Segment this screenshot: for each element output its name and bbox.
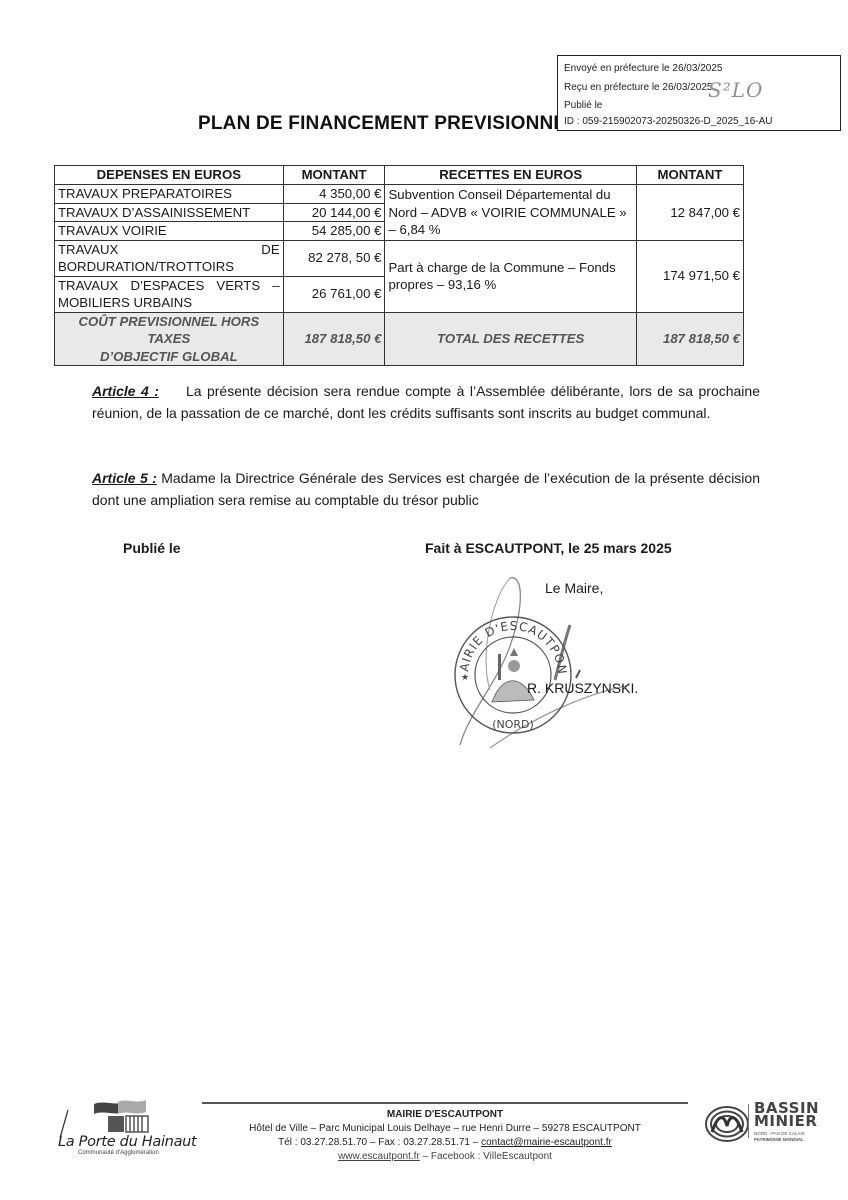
expense-label-line: MOBILIERS URBAINS xyxy=(58,294,280,312)
total-expenses-label: COÛT PREVISIONNEL HORS TAXES D’OBJECTIF … xyxy=(55,312,284,366)
expense-label: TRAVAUX PREPARATOIRES xyxy=(55,185,284,204)
logo-right-subtext: NORD - PAS DE CALAIS PATRIMOINE MONDIAL xyxy=(754,1131,805,1143)
logo-right-text: BASSIN MINIER xyxy=(754,1102,819,1128)
footer-divider xyxy=(202,1102,688,1104)
svg-text:(NORD): (NORD) xyxy=(492,718,534,731)
total-expenses-amount: 187 818,50 € xyxy=(283,312,385,366)
mayor-name: R. KRUSZYNSKI. xyxy=(527,677,638,699)
expense-amount: 26 761,00 € xyxy=(283,276,385,312)
total-label-line: COÛT PREVISIONNEL HORS TAXES xyxy=(58,313,280,348)
published-label: Publié le xyxy=(123,537,181,559)
stamp-published: Publié le xyxy=(564,100,602,111)
stamp-received: Reçu en préfecture le 26/03/2025 xyxy=(564,82,712,93)
footer-contact: Tél : 03.27.28.51.70 – Fax : 03.27.28.51… xyxy=(202,1136,688,1150)
footer-web: www.escautpont.fr – Facebook : VilleEsca… xyxy=(202,1150,688,1164)
financing-table: DEPENSES EN EUROS MONTANT RECETTES EN EU… xyxy=(54,165,744,366)
revenue-label: Part à charge de la Commune – Fonds prop… xyxy=(385,240,636,312)
article-5-text: Madame la Directrice Générale des Servic… xyxy=(92,470,760,508)
expense-label: TRAVAUX DE BORDURATION/TROTTOIRS xyxy=(55,240,284,276)
revenue-amount: 174 971,50 € xyxy=(636,240,743,312)
expense-label: TRAVAUX D’ESPACES VERTS – MOBILIERS URBA… xyxy=(55,276,284,312)
footer-address: Hôtel de Ville – Parc Municipal Louis De… xyxy=(202,1122,688,1136)
expense-amount: 20 144,00 € xyxy=(283,203,385,222)
footer-email-link[interactable]: contact@mairie-escautpont.fr xyxy=(481,1137,612,1148)
revenue-label-line: Nord – ADVB « VOIRIE COMMUNALE » xyxy=(388,204,632,222)
article-4-label: Article 4 : xyxy=(92,383,159,399)
expense-label: TRAVAUX VOIRIE xyxy=(55,222,284,241)
expense-amount: 82 278, 50 € xyxy=(283,240,385,276)
expense-amount: 54 285,00 € xyxy=(283,222,385,241)
expense-label-line: TRAVAUX DE xyxy=(58,241,280,259)
logo-right-line: PATRIMOINE MONDIAL xyxy=(754,1137,805,1143)
revenue-label-line: Subvention Conseil Départemental du xyxy=(388,186,632,204)
bassin-minier-emblem-icon xyxy=(704,1104,750,1144)
footer-org: MAIRIE D'ESCAUTPONT xyxy=(202,1108,688,1122)
logo-left-subtext: Communauté d'Agglomération xyxy=(78,1150,159,1156)
header-expenses: DEPENSES EN EUROS xyxy=(55,166,284,185)
prefecture-stamp: Envoyé en préfecture le 26/03/2025 Reçu … xyxy=(557,55,841,131)
logo-left-text: La Porte du Hainaut xyxy=(58,1134,196,1150)
s2lo-signature-mark: S²LO xyxy=(708,78,763,102)
stamp-id: ID : 059-215902073-20250326-D_2025_16-AU xyxy=(564,116,773,127)
article-4-text: La présente décision sera rendue compte … xyxy=(92,383,760,421)
table-total-row: COÛT PREVISIONNEL HORS TAXES D’OBJECTIF … xyxy=(55,312,744,366)
footer-website-link[interactable]: www.escautpont.fr xyxy=(338,1151,420,1162)
table-row: TRAVAUX DE BORDURATION/TROTTOIRS 82 278,… xyxy=(55,240,744,276)
table-header-row: DEPENSES EN EUROS MONTANT RECETTES EN EU… xyxy=(55,166,744,185)
expense-label-line: TRAVAUX D’ESPACES VERTS – xyxy=(58,277,280,295)
article-4: Article 4 : La présente décision sera re… xyxy=(92,380,760,424)
town-hall-seal: MAIRIE D'ESCAUTPONT (NORD) ★ xyxy=(452,614,574,736)
revenue-label: Subvention Conseil Départemental du Nord… xyxy=(385,185,636,241)
logo-separator xyxy=(748,1104,749,1138)
total-label-line: D’OBJECTIF GLOBAL xyxy=(58,348,280,366)
flag-building-icon xyxy=(52,1098,202,1138)
revenue-amount: 12 847,00 € xyxy=(636,185,743,241)
footer-phone-fax: Tél : 03.27.28.51.70 – Fax : 03.27.28.51… xyxy=(278,1137,481,1148)
bassin-minier-logo: BASSIN MINIER NORD - PAS DE CALAIS PATRI… xyxy=(704,1102,844,1152)
revenue-label-line: – 6,84 % xyxy=(388,221,632,239)
article-5-label: Article 5 : xyxy=(92,470,157,486)
table-row: TRAVAUX PREPARATOIRES 4 350,00 € Subvent… xyxy=(55,185,744,204)
la-porte-du-hainaut-logo: La Porte du Hainaut Communauté d'Agglomé… xyxy=(52,1098,202,1156)
revenue-label-line: Part à charge de la Commune – Fonds xyxy=(388,259,632,277)
footer-facebook: – Facebook : VilleEscautpont xyxy=(420,1151,552,1162)
header-amount: MONTANT xyxy=(283,166,385,185)
total-revenues-label: TOTAL DES RECETTES xyxy=(385,312,636,366)
expense-amount: 4 350,00 € xyxy=(283,185,385,204)
header-revenues: RECETTES EN EUROS xyxy=(385,166,636,185)
svg-text:★: ★ xyxy=(461,672,469,682)
total-revenues-amount: 187 818,50 € xyxy=(636,312,743,366)
revenue-label-line: propres – 93,16 % xyxy=(388,276,632,294)
expense-label-line: BORDURATION/TROTTOIRS xyxy=(58,258,280,276)
place-date: Fait à ESCAUTPONT, le 25 mars 2025 xyxy=(425,537,672,559)
logo-right-line: MINIER xyxy=(754,1115,819,1128)
expense-label: TRAVAUX D’ASSAINISSEMENT xyxy=(55,203,284,222)
article-5: Article 5 : Madame la Directrice Général… xyxy=(92,467,760,511)
stamp-sent: Envoyé en préfecture le 26/03/2025 xyxy=(564,63,722,74)
header-amount: MONTANT xyxy=(636,166,743,185)
footer: MAIRIE D'ESCAUTPONT Hôtel de Ville – Par… xyxy=(202,1108,688,1164)
